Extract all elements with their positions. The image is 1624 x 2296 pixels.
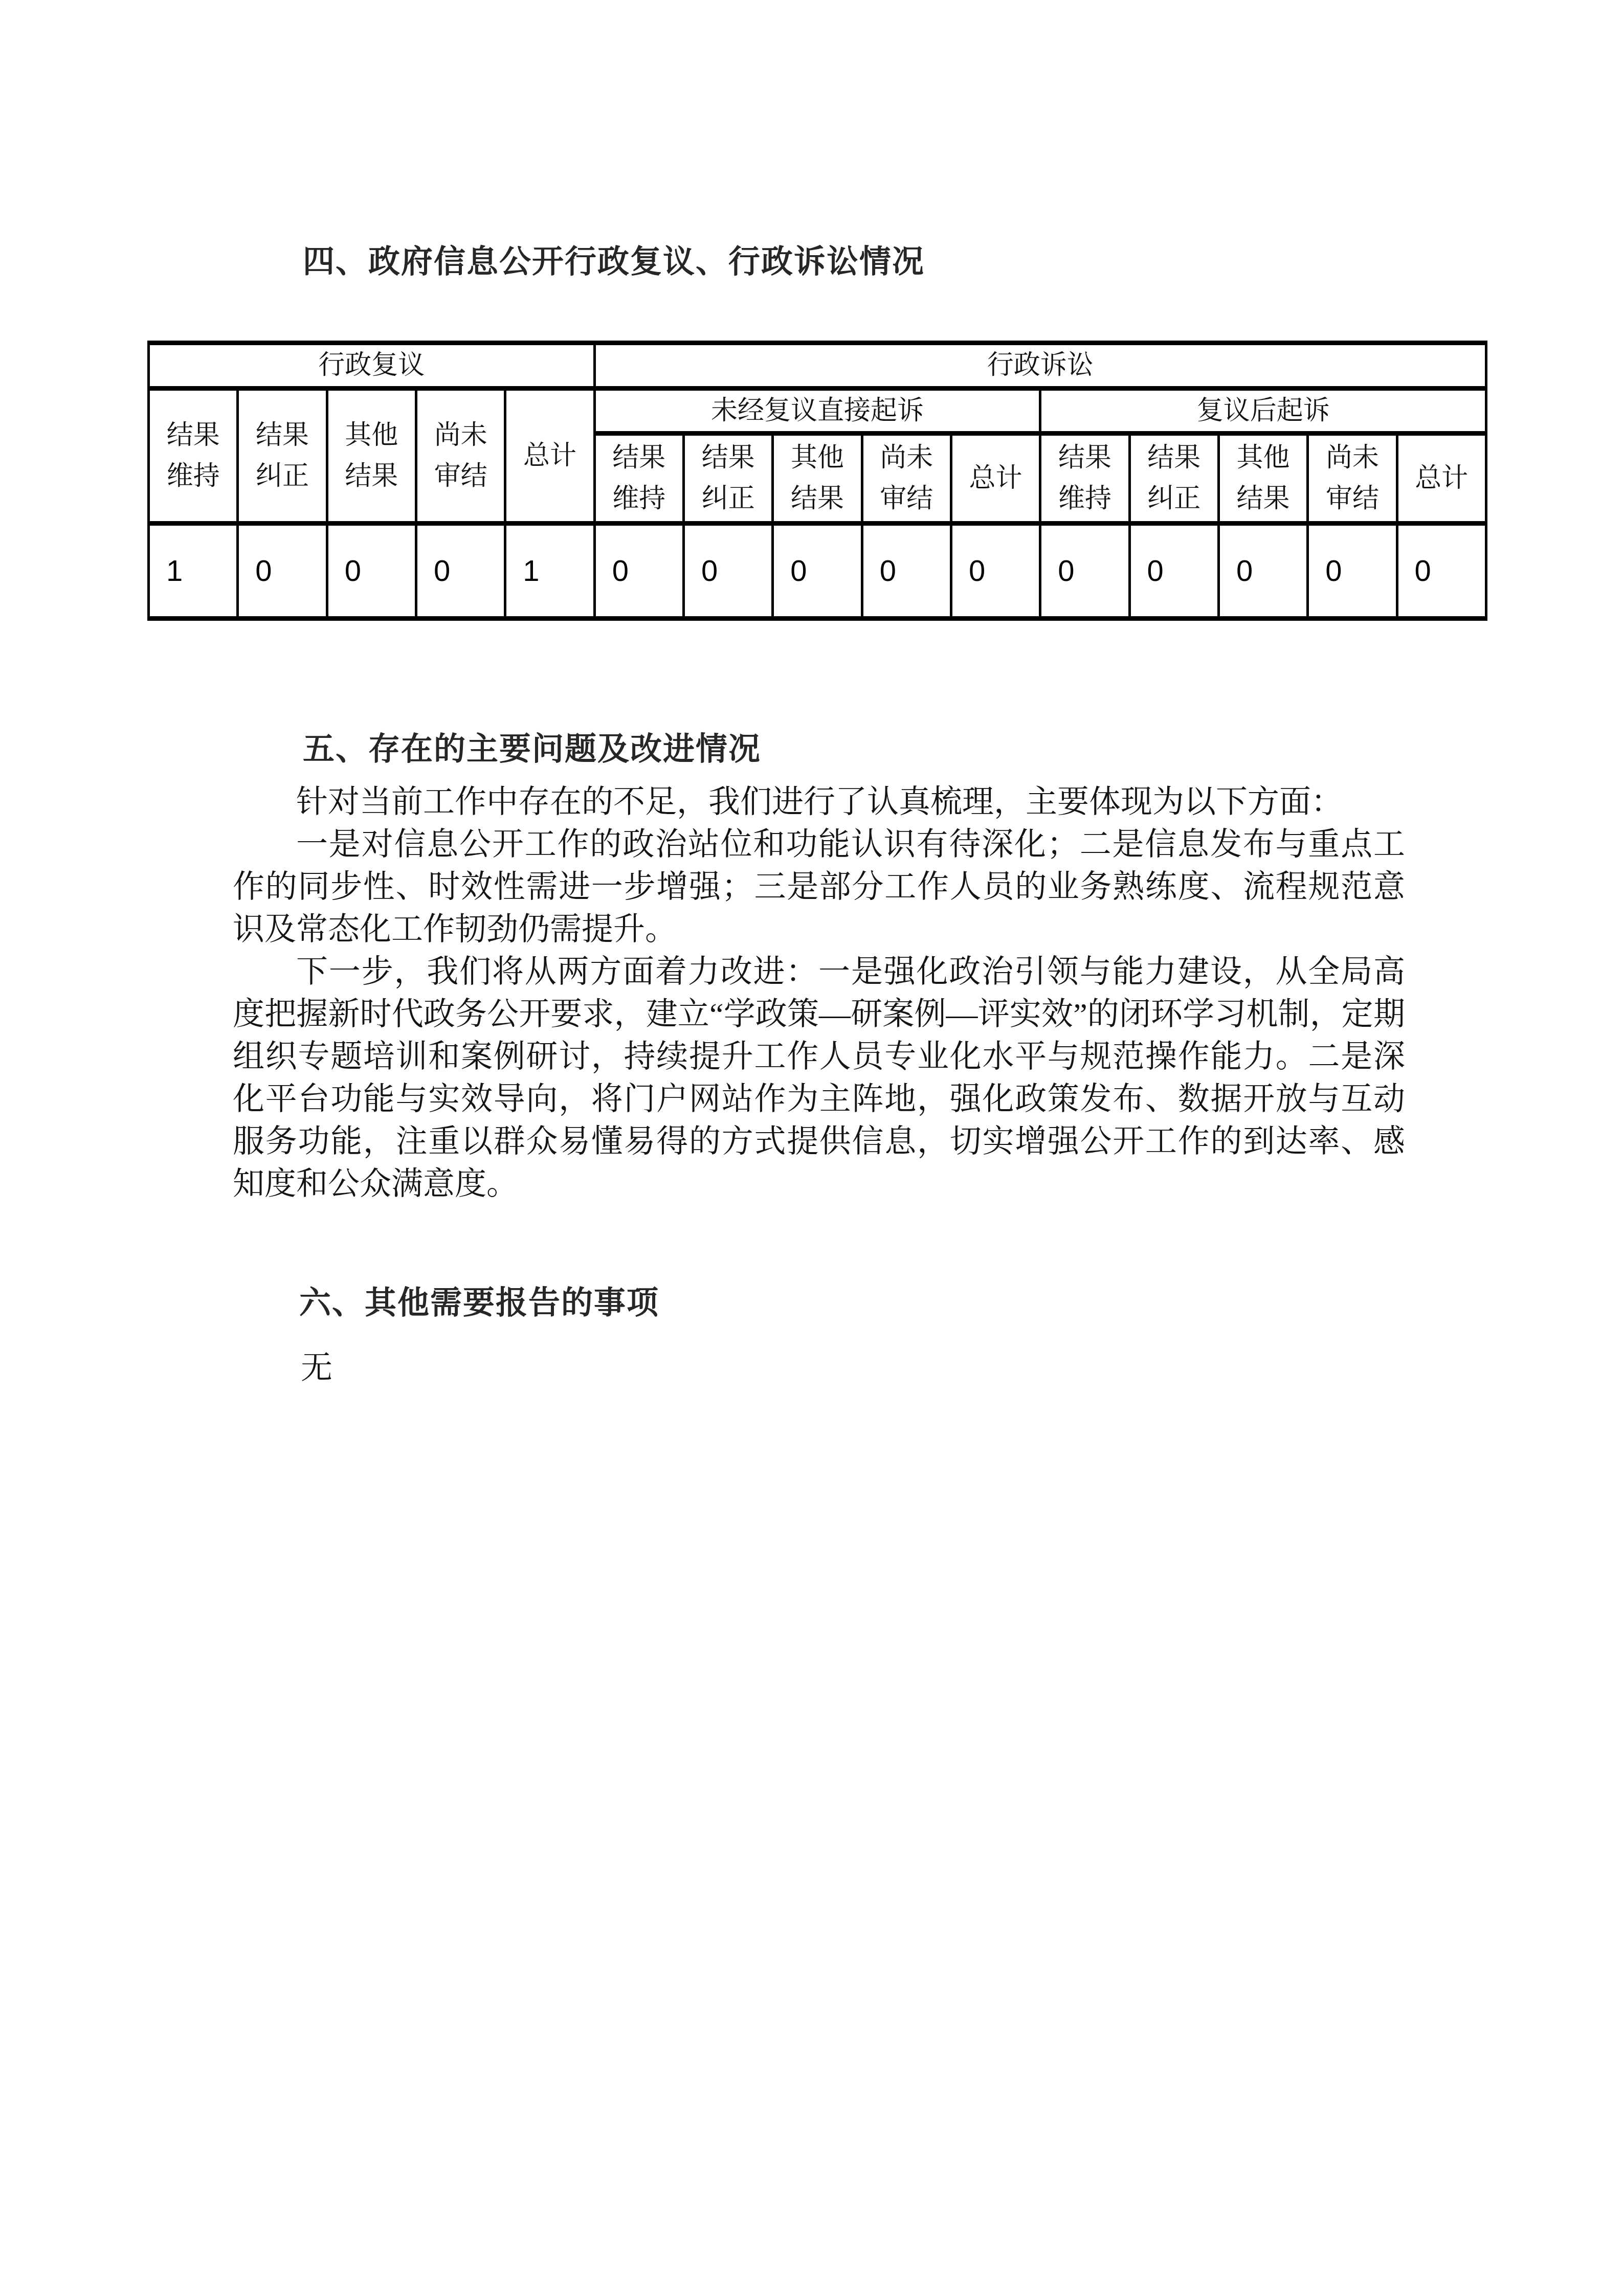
header-direct-total: 总计	[951, 434, 1040, 524]
review-litigation-table: 行政复议 行政诉讼 结果维持 结果纠正 其他结果 尚未审结 总计 未经复议直接起…	[147, 341, 1487, 621]
table-row-values: 1 0 0 0 1 0 0 0 0 0 0 0 0 0 0	[149, 524, 1486, 619]
header-label: 尚未审结	[431, 415, 490, 497]
header-label: 其他结果	[342, 415, 401, 497]
table-row-top-headers: 行政复议 行政诉讼	[149, 343, 1486, 389]
header-suit-after-review: 复议后起诉	[1040, 389, 1486, 434]
value-cell: 0	[416, 524, 505, 619]
value-cell: 0	[773, 524, 862, 619]
header-after-result-corrected: 结果纠正	[1129, 434, 1218, 524]
value-cell: 0	[683, 524, 772, 619]
header-label: 结果维持	[1056, 438, 1114, 520]
value-cell: 0	[1040, 524, 1129, 619]
value-cell: 0	[1308, 524, 1397, 619]
paragraph-problems: 一是对信息公开工作的政治站位和功能认识有待深化；二是信息发布与重点工作的同步性、…	[233, 824, 1405, 951]
value-cell: 0	[1218, 524, 1307, 619]
paragraph-improvements: 下一步，我们将从两方面着力改进：一是强化政治引领与能力建设，从全局高度把握新时代…	[233, 951, 1405, 1206]
header-label: 结果纠正	[1145, 438, 1203, 520]
problems-body-text: 针对当前工作中存在的不足，我们进行了认真梳理，主要体现为以下方面： 一是对信息公…	[233, 781, 1405, 1206]
header-direct-result-corrected: 结果纠正	[683, 434, 772, 524]
header-label: 其他结果	[788, 438, 847, 520]
header-label: 尚未审结	[877, 438, 936, 520]
header-after-other-result: 其他结果	[1218, 434, 1307, 524]
header-review-pending: 尚未审结	[416, 389, 505, 524]
header-direct-suit: 未经复议直接起诉	[594, 389, 1040, 434]
value-cell: 0	[1129, 524, 1218, 619]
value-cell: 0	[594, 524, 683, 619]
header-review-result-corrected: 结果纠正	[238, 389, 327, 524]
value-cell: 0	[862, 524, 951, 619]
section-title-other-matters: 六、其他需要报告的事项	[299, 1277, 659, 1323]
header-label: 其他结果	[1234, 438, 1292, 520]
header-review-other-result: 其他结果	[327, 389, 416, 524]
header-after-total: 总计	[1397, 434, 1486, 524]
other-matters-content: 无	[301, 1342, 332, 1388]
header-review-total: 总计	[505, 389, 594, 524]
table-row-subgroup-headers: 结果维持 结果纠正 其他结果 尚未审结 总计 未经复议直接起诉 复议后起诉	[149, 389, 1486, 434]
header-label: 结果维持	[610, 438, 668, 520]
value-cell: 0	[1397, 524, 1486, 619]
value-cell: 0	[327, 524, 416, 619]
header-label: 结果纠正	[253, 415, 312, 497]
section-title-problems: 五、存在的主要问题及改进情况	[303, 724, 761, 769]
value-cell: 1	[505, 524, 594, 619]
header-label: 结果维持	[164, 415, 222, 497]
section-title-review-litigation: 四、政府信息公开行政复议、行政诉讼情况	[303, 236, 925, 282]
document-page: 四、政府信息公开行政复议、行政诉讼情况 行政复议 行政诉讼 结果维持 结果纠正 …	[0, 0, 1624, 2296]
header-label: 尚未审结	[1323, 438, 1382, 520]
header-direct-other-result: 其他结果	[773, 434, 862, 524]
value-cell: 1	[149, 524, 238, 619]
header-administrative-litigation: 行政诉讼	[594, 343, 1486, 389]
header-after-result-maintained: 结果维持	[1040, 434, 1129, 524]
value-cell: 0	[951, 524, 1040, 619]
header-label: 结果纠正	[699, 438, 757, 520]
header-review-result-maintained: 结果维持	[149, 389, 238, 524]
header-direct-result-maintained: 结果维持	[594, 434, 683, 524]
value-cell: 0	[238, 524, 327, 619]
header-direct-pending: 尚未审结	[862, 434, 951, 524]
header-administrative-review: 行政复议	[149, 343, 595, 389]
header-after-pending: 尚未审结	[1308, 434, 1397, 524]
paragraph-intro: 针对当前工作中存在的不足，我们进行了认真梳理，主要体现为以下方面：	[233, 781, 1405, 824]
